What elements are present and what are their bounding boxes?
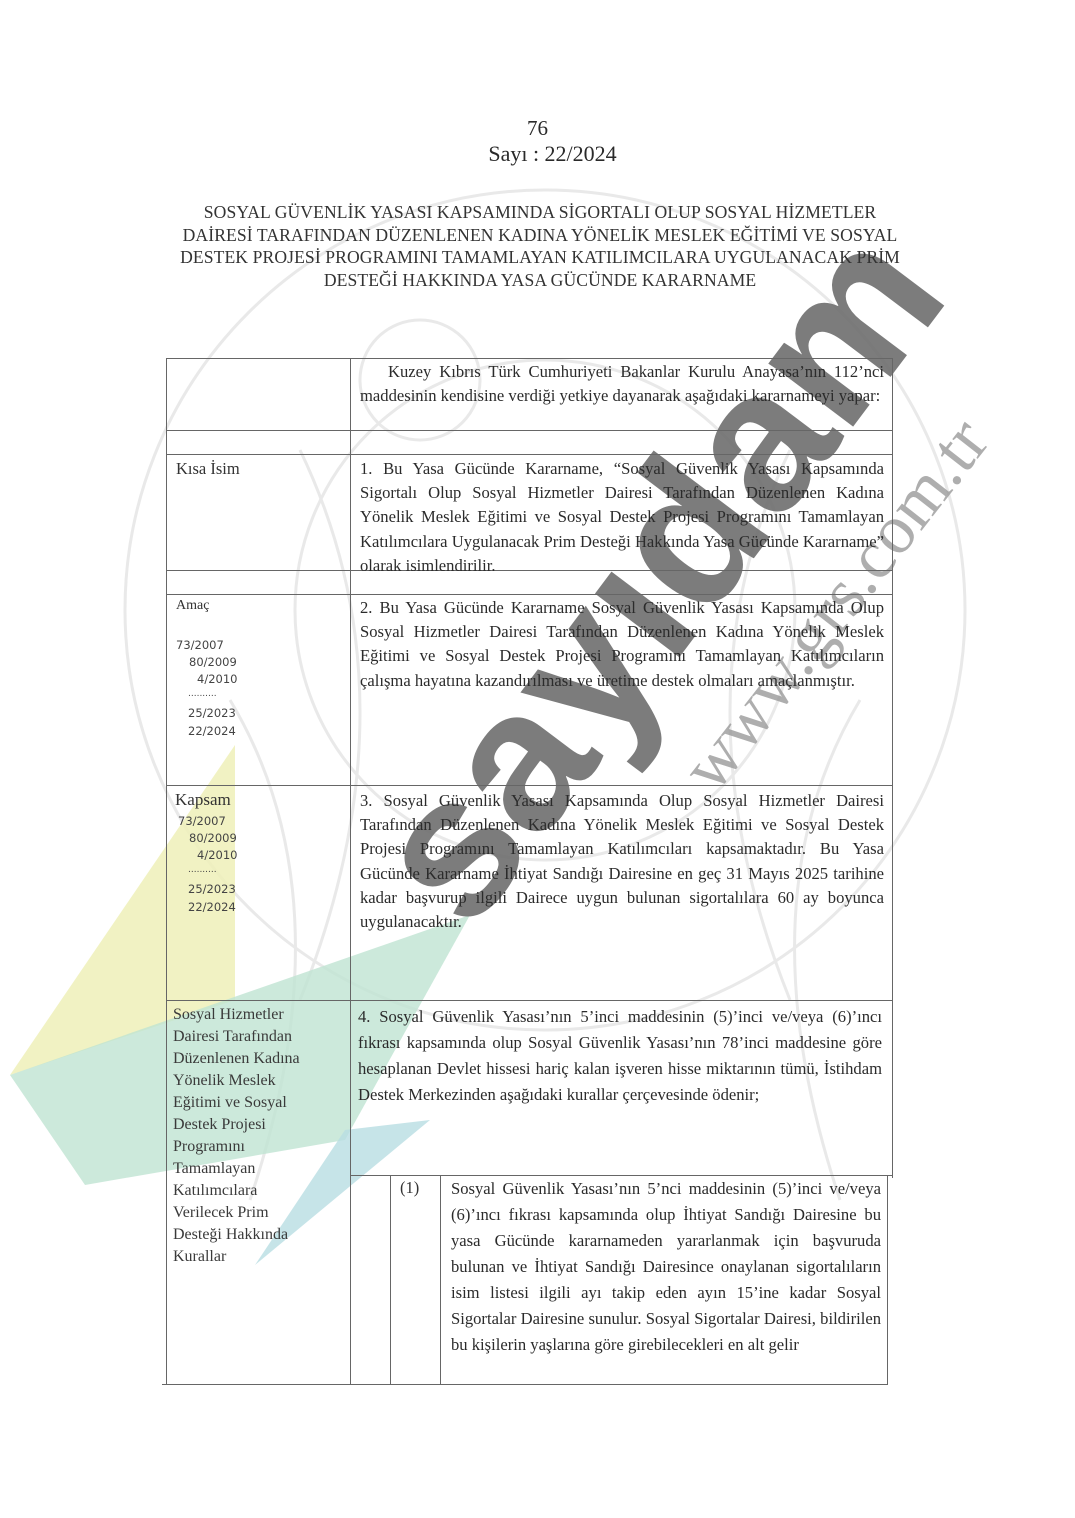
amendment-ref: 73/2007 xyxy=(178,813,226,830)
section-label-kapsam: Kapsam xyxy=(175,790,231,810)
label-line: Kurallar xyxy=(173,1246,226,1268)
amendment-ref: 22/2024 xyxy=(188,899,236,916)
amendment-ref: 25/2023 xyxy=(188,881,236,898)
section-2-text: 2. Bu Yasa Gücünde Kararname Sosyal Güve… xyxy=(360,596,884,693)
label-line: Düzenlenen Kadına xyxy=(173,1048,300,1070)
amendment-ellipsis: .......... xyxy=(188,862,217,879)
label-line: Yönelik Meslek xyxy=(173,1070,276,1092)
label-line: Desteği Hakkında xyxy=(173,1224,288,1246)
label-line: Tamamlayan xyxy=(173,1158,255,1180)
amendment-ref: 80/2009 xyxy=(189,654,237,671)
section-3-text: 3. Sosyal Güvenlik Yasası Kapsamında Olu… xyxy=(360,789,884,934)
section-1-text: 1. Bu Yasa Gücünde Kararname, “Sosyal Gü… xyxy=(360,457,884,578)
label-line: Verilecek Prim xyxy=(173,1202,269,1224)
label-line: Dairesi Tarafından xyxy=(173,1026,292,1048)
preamble-text: Kuzey Kıbrıs Türk Cumhuriyeti Bakanlar K… xyxy=(360,360,884,408)
issue-number: Sayı : 22/2024 xyxy=(0,141,1075,167)
label-line: Katılımcılara xyxy=(173,1180,257,1202)
section-4-text: 4. Sosyal Güvenlik Yasası’nın 5’inci mad… xyxy=(358,1004,882,1108)
label-line: Eğitimi ve Sosyal xyxy=(173,1092,287,1114)
label-line: Destek Projesi xyxy=(173,1114,266,1136)
amendment-ellipsis: .......... xyxy=(188,686,217,703)
amendment-ref: 80/2009 xyxy=(189,830,237,847)
subsection-1-text: Sosyal Güvenlik Yasası’nın 5’nci maddesi… xyxy=(451,1176,881,1358)
amendment-ref: 73/2007 xyxy=(176,637,224,654)
label-line: Sosyal Hizmetler xyxy=(173,1004,284,1026)
document-page: 76 Sayı : 22/2024 SOSYAL GÜVENLİK YASASI… xyxy=(0,0,1075,1518)
decree-title: SOSYAL GÜVENLİK YASASI KAPSAMINDA SİGORT… xyxy=(170,201,910,291)
page-number: 76 xyxy=(0,116,1075,140)
label-line: Programını xyxy=(173,1136,245,1158)
amendment-ref: 22/2024 xyxy=(188,723,236,740)
amendment-ref: 25/2023 xyxy=(188,705,236,722)
subsection-number: (1) xyxy=(400,1178,419,1198)
section-label-amac: Amaç xyxy=(176,598,209,614)
section-label-kisa-isim: Kısa İsim xyxy=(176,459,240,479)
